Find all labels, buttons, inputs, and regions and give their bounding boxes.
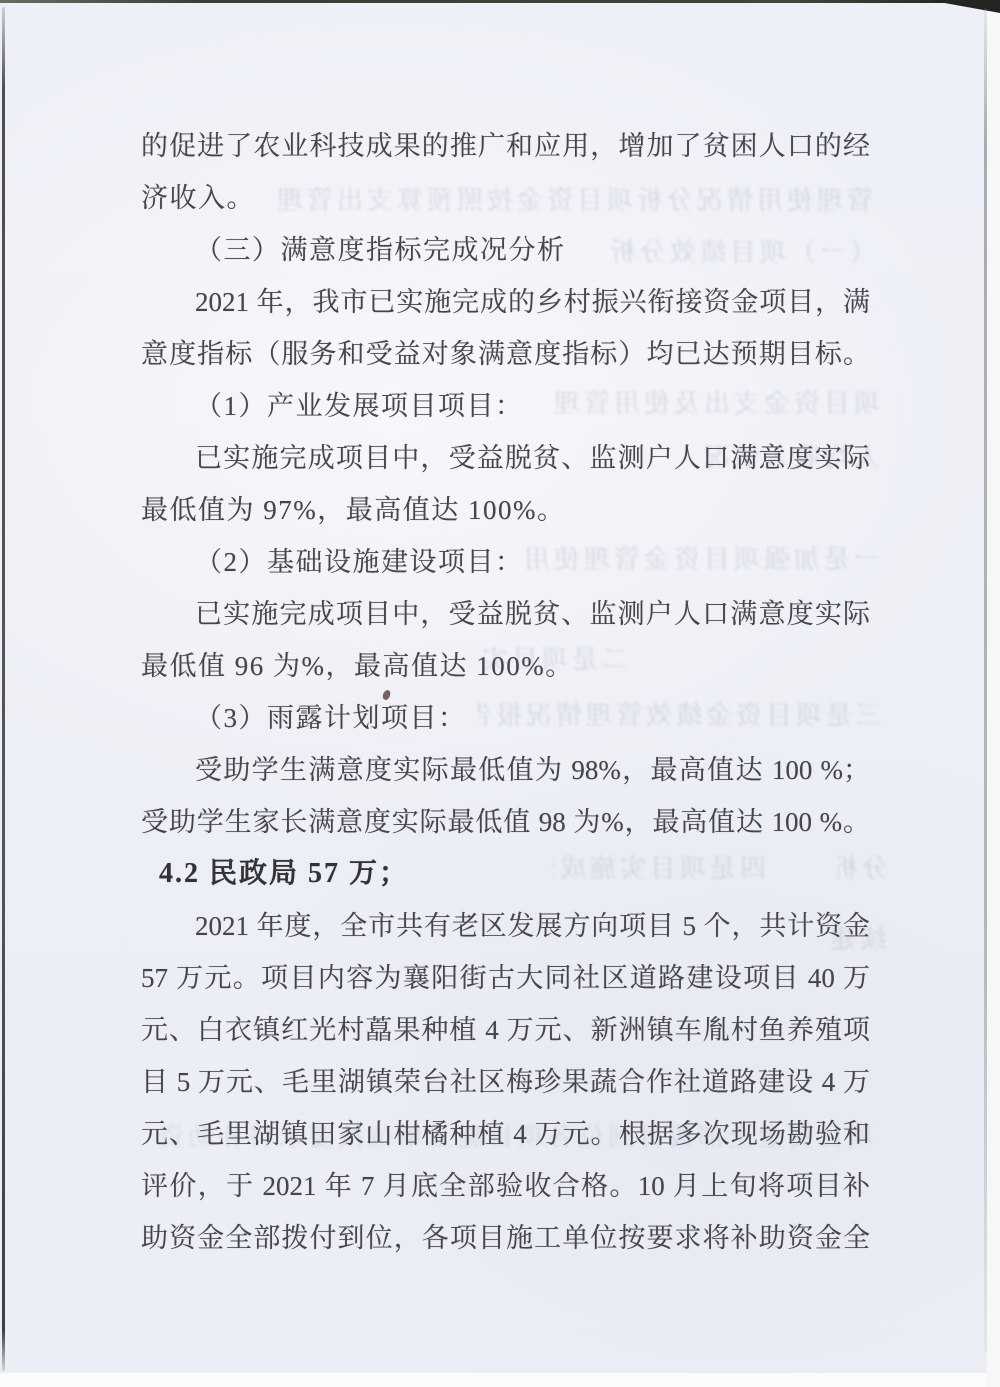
text-line: 最低值 96 为%，最高值达 100%。	[141, 640, 870, 692]
text-line: （3）雨露计划项目：	[141, 692, 870, 744]
text-line: 受助学生家长满意度实际最低值 98 为%，最高值达 100 %。	[141, 796, 870, 848]
text-line: 目 5 万元、毛里湖镇荣台社区梅珍果蔬合作社道路建设 4 万	[141, 1056, 870, 1108]
text-line: 2021 年度，全市共有老区发展方向项目 5 个，共计资金	[141, 900, 870, 952]
text-line: 57 万元。项目内容为襄阳街古大同社区道路建设项目 40 万	[141, 952, 870, 1004]
text-line: 元、毛里湖镇田家山柑橘种植 4 万元。根据多次现场勘验和	[141, 1108, 870, 1160]
text-line: 2021 年，我市已实施完成的乡村振兴衔接资金项目，满	[141, 276, 870, 328]
text-line: （2）基础设施建设项目：	[141, 536, 870, 588]
text-line: 意度指标（服务和受益对象满意度指标）均已达预期目标。	[141, 328, 870, 380]
section-heading-line: 4.2 民政局 57 万；	[141, 848, 870, 900]
text-line: 受助学生满意度实际最低值为 98%，最高值达 100 %；	[141, 744, 870, 796]
scanned-document-page: 管理使用情况分析项目资金按照预算支出管理 （一）项目绩效分析 项目资金支出及使用…	[0, 0, 987, 1373]
text-line: 的促进了农业科技成果的推广和应用，增加了贫困人口的经	[141, 120, 870, 172]
text-line: （1）产业发展项目项目：	[141, 380, 870, 432]
text-line: （三）满意度指标完成况分析	[141, 224, 870, 276]
scan-edge-left	[2, 7, 5, 1371]
scanner-background-bottom	[0, 1373, 987, 1387]
text-line: 已实施完成项目中，受益脱贫、监测户人口满意度实际	[141, 432, 870, 484]
text-line: 助资金全部拨付到位，各项目施工单位按要求将补助资金全	[141, 1212, 870, 1264]
text-line: 评价，于 2021 年 7 月底全部验收合格。10 月上旬将项目补	[141, 1160, 870, 1212]
scan-edge-top	[0, 0, 1000, 3]
document-lines: 的促进了农业科技成果的推广和应用，增加了贫困人口的经济收入。（三）满意度指标完成…	[141, 120, 870, 1264]
scanner-background-right	[987, 13, 1000, 1387]
text-line: 已实施完成项目中，受益脱贫、监测户人口满意度实际	[141, 588, 870, 640]
text-line: 元、白衣镇红光村藠果种植 4 万元、新洲镇车胤村鱼养殖项	[141, 1004, 870, 1056]
scan-edge-top-right-corner	[928, 0, 1000, 13]
text-line: 济收入。	[141, 172, 870, 224]
text-line: 最低值为 97%，最高值达 100%。	[141, 484, 870, 536]
